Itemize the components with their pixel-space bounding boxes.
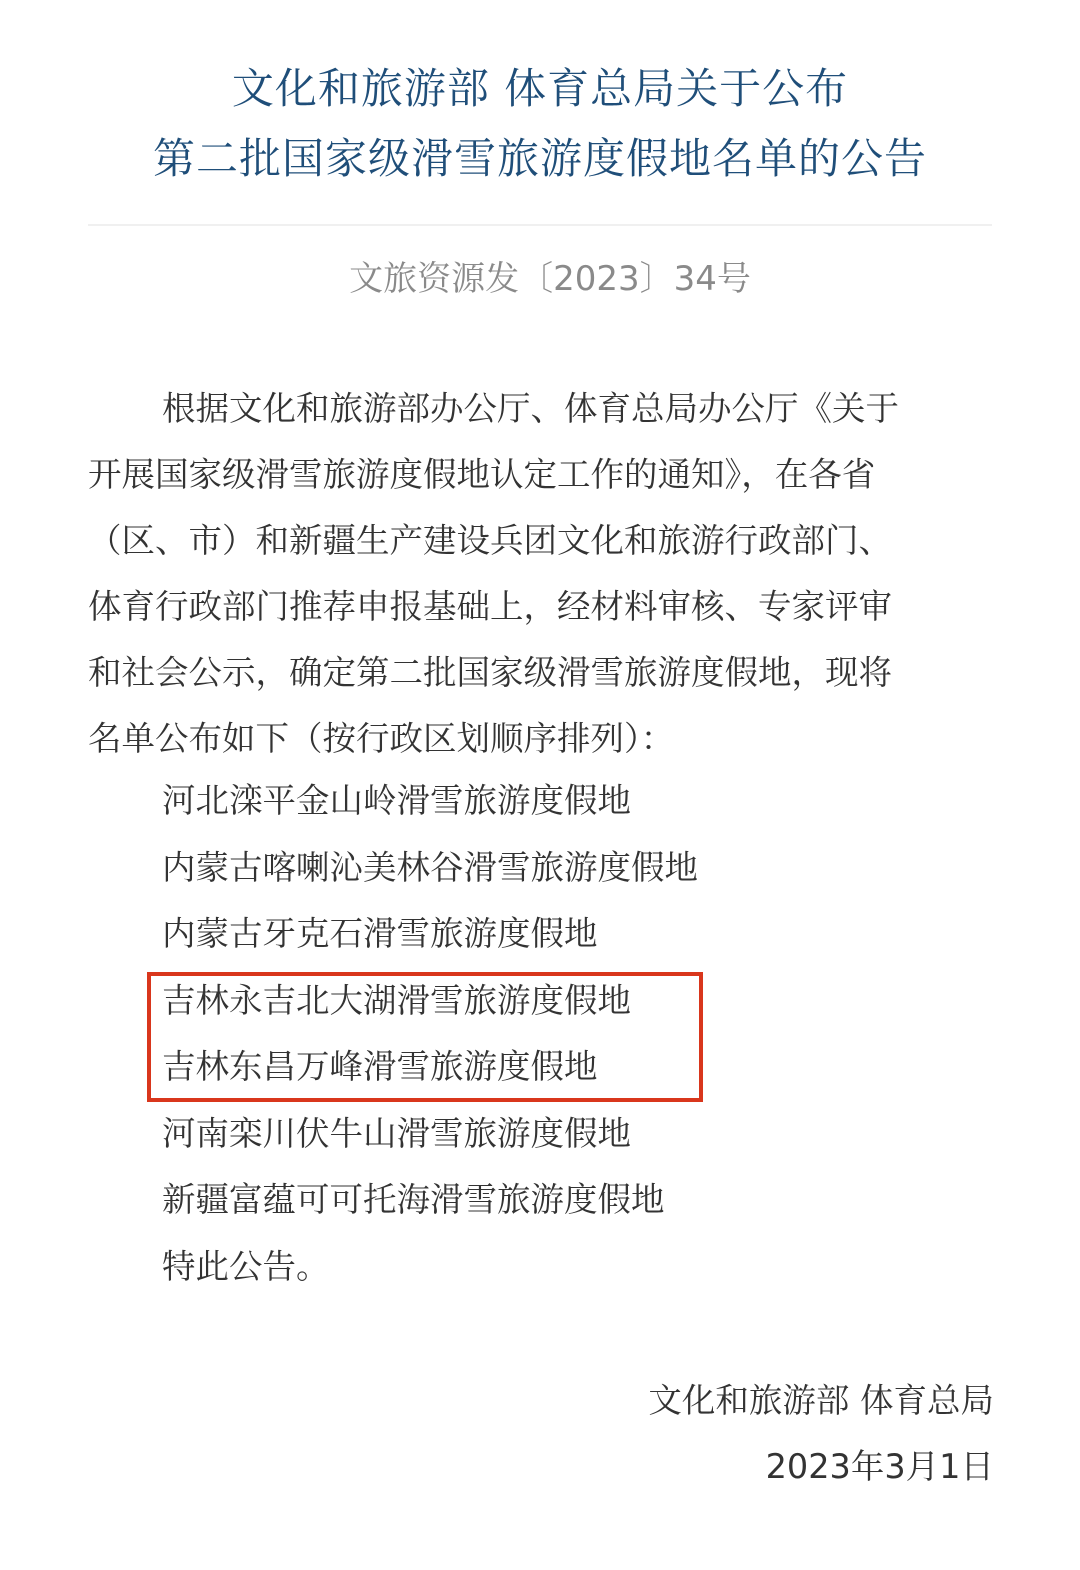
resort-item: 河北滦平金山岭滑雪旅游度假地 — [162, 776, 698, 843]
document-number: 文旅资源发〔2023〕34号 — [0, 262, 1080, 296]
signature-date: 2023年3月1日 — [766, 1442, 994, 1492]
body-line: 根据文化和旅游部办公厅、体育总局办公厅《关于 — [88, 376, 988, 442]
body-line: （区、市）和新疆生产建设兵团文化和旅游行政部门、 — [88, 508, 988, 574]
body-line: 名单公布如下（按行政区划顺序排列）： — [88, 706, 988, 772]
closing-statement: 特此公告。 — [162, 1242, 330, 1292]
body-line: 体育行政部门推荐申报基础上，经材料审核、专家评审 — [88, 574, 988, 640]
resort-item: 内蒙古牙克石滑雪旅游度假地 — [162, 909, 698, 976]
resort-item: 新疆富蕴可可托海滑雪旅游度假地 — [162, 1175, 698, 1242]
signature-issuers: 文化和旅游部 体育总局 — [648, 1376, 994, 1426]
body-paragraph: 根据文化和旅游部办公厅、体育总局办公厅《关于 开展国家级滑雪旅游度假地认定工作的… — [88, 376, 988, 772]
body-line: 开展国家级滑雪旅游度假地认定工作的通知》，在各省 — [88, 442, 988, 508]
header-divider — [88, 224, 992, 226]
announcement-title-line-1: 文化和旅游部 体育总局关于公布 — [0, 68, 1080, 110]
body-line: 和社会公示，确定第二批国家级滑雪旅游度假地，现将 — [88, 640, 988, 706]
resort-item: 内蒙古喀喇沁美林谷滑雪旅游度假地 — [162, 843, 698, 910]
resort-item: 河南栾川伏牛山滑雪旅游度假地 — [162, 1109, 698, 1176]
red-highlight-box — [147, 972, 703, 1102]
announcement-title-line-2: 第二批国家级滑雪旅游度假地名单的公告 — [0, 138, 1080, 180]
